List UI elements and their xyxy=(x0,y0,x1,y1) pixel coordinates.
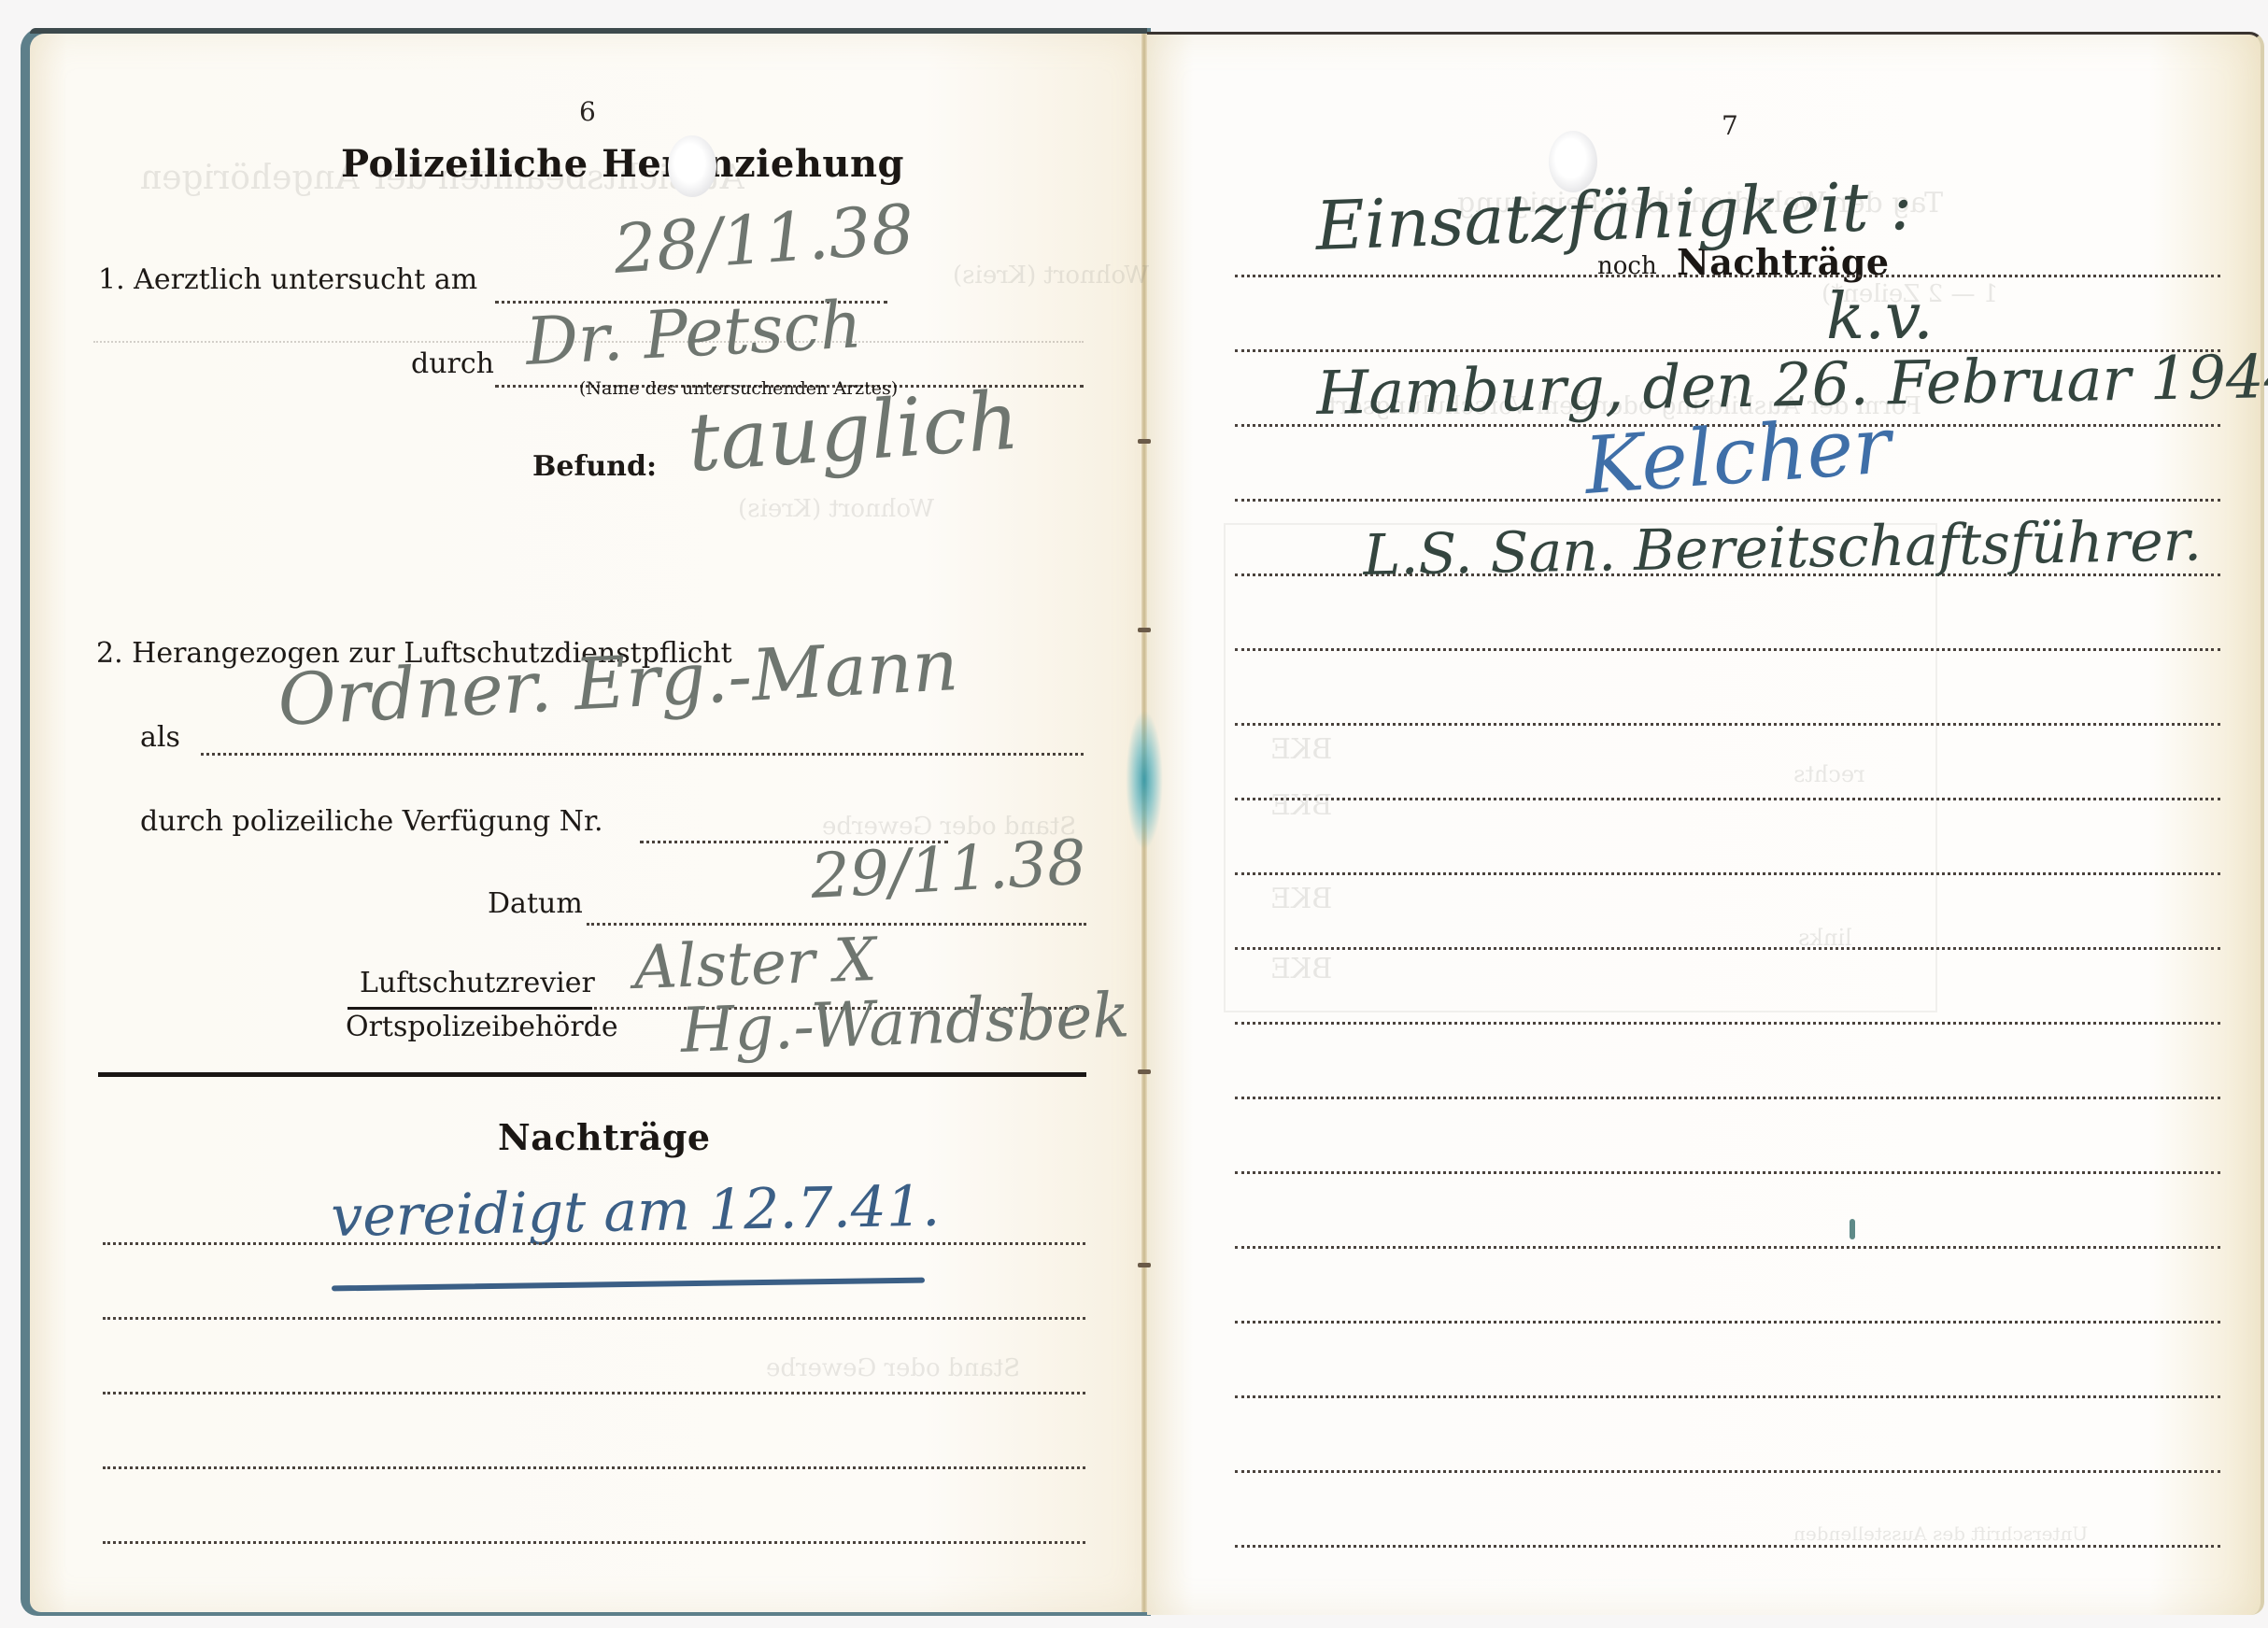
entry-line xyxy=(1235,723,2220,726)
section-divider xyxy=(98,1072,1086,1077)
page-number: 6 xyxy=(579,96,596,127)
entry-line xyxy=(1235,1395,2220,1398)
entry-line xyxy=(1235,1171,2220,1174)
authority-label: Ortspolizeibehörde xyxy=(346,1011,618,1043)
entry-line xyxy=(1235,798,2220,800)
order-date-value[interactable]: 29/11.38 xyxy=(809,827,1088,913)
exam-date-label: 1. Aerztlich untersucht am xyxy=(98,263,477,296)
cover-top-edge xyxy=(30,28,1147,34)
entry-line xyxy=(1235,1097,2220,1099)
role-line xyxy=(201,753,1084,756)
entry-line xyxy=(1235,1022,2220,1025)
ink-stain xyxy=(1126,710,1163,850)
entry-line xyxy=(1235,872,2220,875)
show-through-text: rechts xyxy=(1793,761,1865,787)
show-through-text: BKE xyxy=(1270,953,1332,985)
district-label: Luftschutzrevier xyxy=(360,967,595,999)
binding-stitch xyxy=(1138,628,1151,632)
show-through-text: Stand oder Gewerbe xyxy=(766,1354,1020,1382)
binding-stitch xyxy=(1138,439,1151,444)
entry-line xyxy=(1235,947,2220,950)
role-label: als xyxy=(140,721,180,754)
doctor-label: durch xyxy=(411,347,494,380)
finding-label: Befund: xyxy=(532,450,657,483)
binding-stitch xyxy=(1138,1069,1151,1074)
punch-hole xyxy=(668,135,716,197)
show-through-text: Unterschrift des Ausstellenden xyxy=(1793,1522,2088,1545)
addenda-line xyxy=(103,1466,1085,1469)
entry-line xyxy=(1235,1470,2220,1473)
show-through-text: BKE xyxy=(1270,733,1332,766)
show-through-text: Wohnort (Kreis) xyxy=(738,495,934,523)
show-through-text: Wohnort (Kreis) xyxy=(953,262,1149,290)
addenda-line xyxy=(103,1317,1085,1320)
order-date-label: Datum xyxy=(488,887,583,920)
order-date-line xyxy=(587,923,1086,926)
fraction-rule xyxy=(347,1007,592,1010)
entry-line xyxy=(1235,275,2220,277)
addenda-line xyxy=(103,1541,1085,1544)
entry-line xyxy=(1235,1246,2220,1249)
fitness-value-entry[interactable]: k.v. xyxy=(1826,280,1934,354)
entry-line xyxy=(1235,1545,2220,1548)
addenda-title: Nachträge xyxy=(498,1116,711,1158)
ink-mark xyxy=(1850,1219,1855,1239)
addenda-line xyxy=(103,1392,1085,1394)
addenda-entry[interactable]: vereidigt am 12.7.41. xyxy=(331,1174,941,1250)
show-through-text: BKE xyxy=(1270,883,1332,915)
addenda-line xyxy=(103,1242,1085,1245)
page-title: Polizeiliche Heranziehung xyxy=(341,142,904,186)
order-number-label: durch polizeiliche Verfügung Nr. xyxy=(140,805,603,838)
show-through-text: BKE xyxy=(1270,789,1332,822)
entry-line xyxy=(1235,648,2220,651)
binding-stitch xyxy=(1138,1263,1151,1267)
entry-line xyxy=(1235,1321,2220,1324)
page-number: 7 xyxy=(1722,110,1738,141)
